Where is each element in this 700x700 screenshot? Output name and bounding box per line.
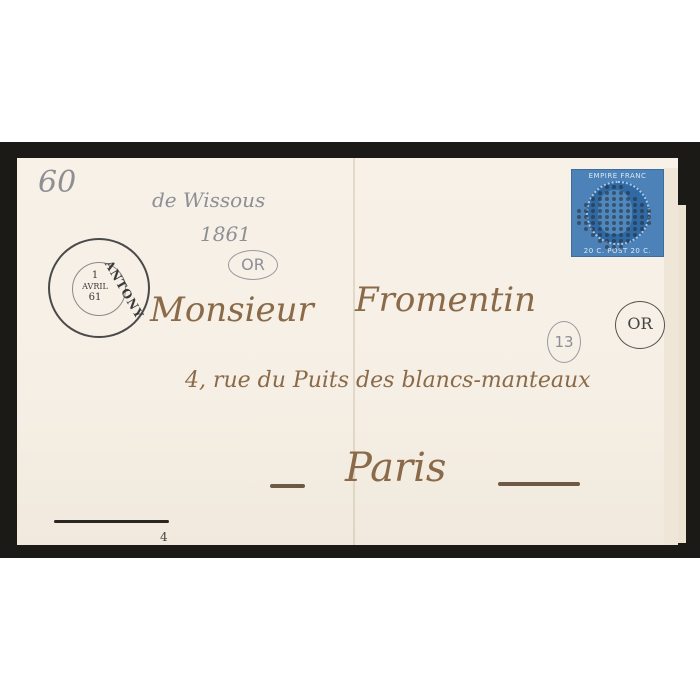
cancel-dot [591, 233, 595, 237]
cancel-dot [619, 227, 623, 231]
cancel-dot [612, 185, 616, 189]
cancel-dot [612, 191, 616, 195]
cancel-dot [612, 227, 616, 231]
postage-stamp: EMPIRE FRANC 20 C. POST 20 C. [571, 169, 664, 257]
ink-rule [54, 520, 169, 523]
cancel-dot [640, 203, 644, 207]
cancel-dot [619, 239, 623, 243]
cancel-dot [598, 215, 602, 219]
cancel-dot [591, 215, 595, 219]
cancel-dot [584, 203, 588, 207]
cancel-dot [598, 239, 602, 243]
cancel-dot [591, 221, 595, 225]
cancel-dot [633, 203, 637, 207]
cancel-dot [577, 209, 581, 213]
cancel-dot [591, 197, 595, 201]
cancel-dot [598, 203, 602, 207]
cancel-dot [584, 227, 588, 231]
cancel-dot [605, 227, 609, 231]
cancel-dot [626, 203, 630, 207]
stamp-bottom-text: 20 C. POST 20 C. [572, 247, 663, 255]
cancel-dot [612, 239, 616, 243]
cancel-dot [598, 227, 602, 231]
paper-edge [664, 168, 678, 545]
cancel-dot [612, 221, 616, 225]
cancel-dot [584, 209, 588, 213]
cancel-dot [619, 197, 623, 201]
cancel-dot [598, 191, 602, 195]
cancel-dot [647, 209, 651, 213]
cancel-dot [619, 245, 623, 249]
cancel-dot [633, 233, 637, 237]
cancel-dot [626, 227, 630, 231]
cancel-dot [626, 233, 630, 237]
cancel-dot [612, 245, 616, 249]
cancel-dot [605, 197, 609, 201]
cancel-dot [633, 221, 637, 225]
cancel-dot [626, 221, 630, 225]
address-salutation: Monsieur [150, 290, 314, 330]
cancel-dot [640, 221, 644, 225]
address-name: Fromentin [355, 280, 536, 320]
cancel-dot [605, 191, 609, 195]
cancel-dot [612, 209, 616, 213]
cancel-dot [626, 209, 630, 213]
ink-dash-left [270, 484, 305, 488]
cancel-dot [584, 215, 588, 219]
postmark: ANTONY 1 AVRIL 61 [48, 238, 150, 338]
cancel-dot [598, 233, 602, 237]
cancel-dot [633, 197, 637, 201]
cancel-dot [612, 233, 616, 237]
cancel-dot [647, 221, 651, 225]
cancel-dot [605, 203, 609, 207]
cancel-dot [605, 245, 609, 249]
address-city: Paris [345, 445, 446, 491]
cancel-dot [605, 239, 609, 243]
cancel-dot [591, 203, 595, 207]
postmark-month: AVRIL [80, 281, 110, 292]
pencil-number: 60 [38, 165, 76, 200]
cancel-dot [584, 221, 588, 225]
bottom-mark: 4 [160, 530, 168, 544]
cancel-dot [619, 215, 623, 219]
cancel-dot [619, 185, 623, 189]
cancel-dot [605, 215, 609, 219]
cancel-dot [619, 233, 623, 237]
collector-note-year: 1861 [200, 222, 251, 246]
cancel-dot [598, 197, 602, 201]
cancel-dot [640, 227, 644, 231]
postmark-year: 61 [80, 292, 110, 303]
stamp-top-text: EMPIRE FRANC [572, 172, 663, 180]
cancel-dot [619, 191, 623, 195]
cancel-dot [640, 215, 644, 219]
cancel-dot [619, 203, 623, 207]
cancel-dot [626, 239, 630, 243]
cancel-dot [598, 221, 602, 225]
cancel-dot [605, 185, 609, 189]
cancel-dot [633, 215, 637, 219]
cancel-dot [605, 209, 609, 213]
cancel-dot [619, 221, 623, 225]
postmark-date: 1 AVRIL 61 [80, 270, 110, 303]
cancel-dot [591, 227, 595, 231]
cancel-dot [633, 209, 637, 213]
collector-note-place: de Wissous [152, 188, 265, 212]
cancel-dot [619, 209, 623, 213]
cancel-dot [612, 203, 616, 207]
address-street: 4, rue du Puits des blancs-manteaux [185, 368, 591, 393]
or-handstamp: OR [615, 301, 665, 349]
cancel-dot [577, 221, 581, 225]
cancel-dot [626, 197, 630, 201]
cancel-dot [598, 209, 602, 213]
ink-dash-right [498, 482, 580, 486]
cancel-dot [577, 215, 581, 219]
cancel-dot [640, 209, 644, 213]
cancel-dot [605, 221, 609, 225]
cancel-dot [612, 197, 616, 201]
postmark-day: 1 [80, 270, 110, 281]
pencil-oval-mark: OR [228, 250, 278, 280]
cancel-dot [591, 209, 595, 213]
cancel-dot [626, 215, 630, 219]
cancel-dot [633, 227, 637, 231]
cancel-dot [647, 215, 651, 219]
cancel-dot [612, 215, 616, 219]
cancel-dot [626, 191, 630, 195]
pencil-circled-number: 13 [547, 321, 581, 363]
cancel-dot [605, 233, 609, 237]
